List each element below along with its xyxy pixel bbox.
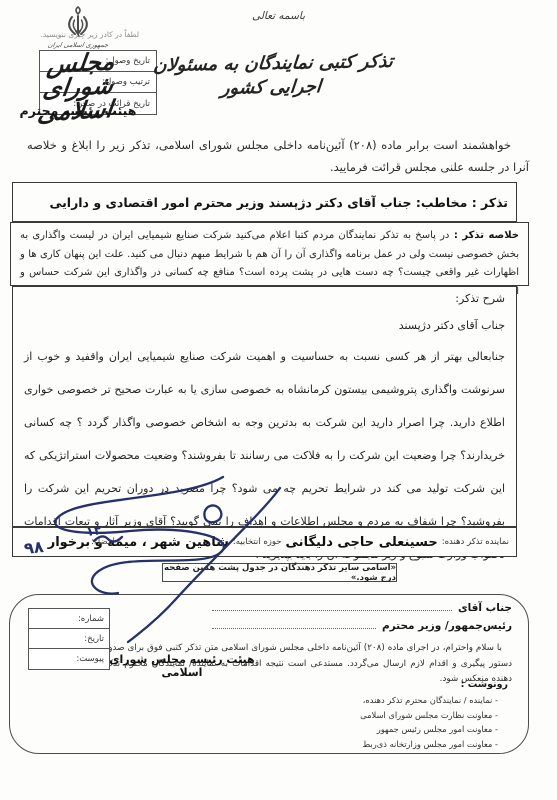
district-label: حوزه انتخابیه: [233, 537, 282, 547]
cc-item: نماینده / نمایندگان محترم تذکر دهنده، [360, 693, 498, 708]
summary-label: خلاصه تذکر : [449, 230, 519, 241]
board-addressee: هیئت رئیسه محترم [12, 103, 144, 118]
dotted-leader [212, 610, 452, 611]
field-number: شماره: [29, 609, 109, 629]
salutation: جناب آقای دکتر دژپسند [24, 319, 505, 332]
dispatch-signer: هیئت رئیسه مجلس شورای اسلامی [102, 653, 262, 679]
scanned-notice-form: باسمه تعالی لطفاً در کادر زیر چیزی ننویس… [0, 0, 557, 800]
intro-paragraph: خواهشمند است برابر ماده (۲۰۸) آئین‌نامه … [27, 134, 529, 178]
cc-label: رونوشت : [461, 679, 508, 690]
dispatch-to-line1: جناب آقای [212, 602, 512, 614]
notice-summary-box: خلاصه تذکر : در پاسخ به تذکر نمایندگان م… [10, 222, 529, 286]
cc-list: نماینده / نمایندگان محترم تذکر دهنده، مع… [360, 693, 498, 751]
other-signatories-note: «اسامی سایر تذکر دهندگان در جدول پشت همی… [162, 563, 397, 582]
notice-description-box: شرح تذکر: جناب آقای دکتر دژپسند جنابعالی… [12, 286, 517, 527]
description-label: شرح تذکر: [24, 292, 505, 305]
field-attachment: پیوست: [29, 649, 109, 669]
number-date-attachment-table: شماره: تاریخ: پیوست: [28, 608, 110, 670]
handwritten-year: ۹۸ [23, 537, 45, 558]
form-title-calligraphy: تذکر کتبی نمایندگان به مسئولان اجرایی کش… [125, 49, 420, 102]
dispatch-to-line2-label: رئیس‌جمهور/ وزیر محترم [382, 620, 512, 632]
dispatch-to-line2: رئیس‌جمهور/ وزیر محترم [212, 620, 512, 632]
presidium-dispatch-box: جناب آقای رئیس‌جمهور/ وزیر محترم با سلام… [9, 594, 529, 754]
handwritten-date: ۱۲ [85, 523, 103, 540]
iran-emblem-icon [61, 4, 95, 40]
cc-item: معاونت امور مجلس وزارتخانه ذی‌ربط [360, 737, 498, 752]
dispatch-to-line1-label: جناب آقای [458, 602, 512, 614]
cc-item: معاونت امور مجلس رئیس جمهور [360, 722, 498, 737]
notice-addressee-box: تذکر : مخاطب: جناب آقای دکتر دژپسند وزیر… [12, 182, 517, 222]
dotted-leader [212, 628, 376, 629]
representative-name: حسینعلی حاجی دلیگانی [286, 535, 438, 550]
district-name: شاهین شهر ، میمه و برخوار [48, 535, 229, 550]
field-date: تاریخ: [29, 629, 109, 649]
emblem-caption: جمهوری اسلامی ایران [11, 41, 144, 49]
representative-label: نماینده تذکر دهنده: [442, 537, 509, 547]
cc-item: معاونت نظارت مجلس شورای اسلامی [360, 708, 498, 723]
